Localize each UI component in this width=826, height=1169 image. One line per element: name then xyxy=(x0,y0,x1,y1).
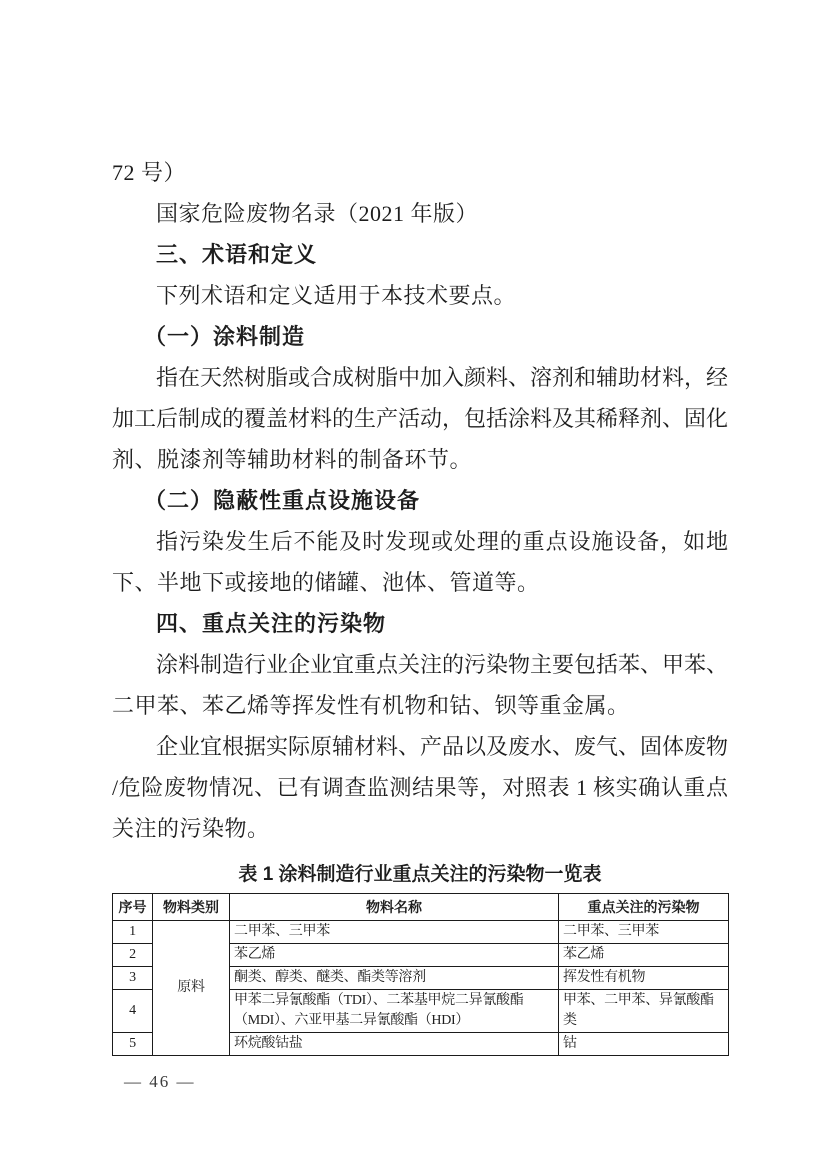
row-number: 3 xyxy=(113,967,153,990)
category-cell: 原料 xyxy=(153,921,230,1056)
row-number: 4 xyxy=(113,990,153,1033)
text-line: 关注的污染物。 xyxy=(112,808,728,849)
text-line: 指污染发生后不能及时发现或处理的重点设施设备，如地 xyxy=(112,521,728,562)
pollutant-cell: 钴 xyxy=(559,1033,729,1056)
pollutant-cell: 甲苯、二甲苯、异氰酸酯类 xyxy=(559,990,729,1033)
table-header-row: 序号 物料类别 物料名称 重点关注的污染物 xyxy=(113,894,729,921)
material-cell: 甲苯二异氰酸酯（TDI）、二苯基甲烷二异氰酸酯（MDI）、六亚甲基二异氰酸酯（H… xyxy=(230,990,559,1033)
pollutant-cell: 挥发性有机物 xyxy=(559,967,729,990)
text-line: 下列术语和定义适用于本技术要点。 xyxy=(112,275,728,316)
pollutant-cell: 苯乙烯 xyxy=(559,944,729,967)
table-row: 1 原料 二甲苯、三甲苯 二甲苯、三甲苯 xyxy=(113,921,729,944)
text-line: 指在天然树脂或合成树脂中加入颜料、溶剂和辅助材料，经 xyxy=(112,357,728,398)
material-cell: 酮类、醇类、醚类、酯类等溶剂 xyxy=(230,967,559,990)
document-page: 72 号） 国家危险废物名录（2021 年版） 三、术语和定义 下列术语和定义适… xyxy=(0,0,826,1169)
material-cell: 二甲苯、三甲苯 xyxy=(230,921,559,944)
row-number: 1 xyxy=(113,921,153,944)
section-heading: 四、重点关注的污染物 xyxy=(112,603,728,644)
row-number: 5 xyxy=(113,1033,153,1056)
material-cell: 环烷酸钴盐 xyxy=(230,1033,559,1056)
pollutant-cell: 二甲苯、三甲苯 xyxy=(559,921,729,944)
text-line: 企业宜根据实际原辅材料、产品以及废水、废气、固体废物 xyxy=(112,726,728,767)
column-header-no: 序号 xyxy=(113,894,153,921)
text-line: 剂、脱漆剂等辅助材料的制备环节。 xyxy=(112,439,728,480)
material-cell: 苯乙烯 xyxy=(230,944,559,967)
text-line: /危险废物情况、已有调查监测结果等，对照表 1 核实确认重点 xyxy=(112,767,728,808)
column-header-category: 物料类别 xyxy=(153,894,230,921)
document-body: 72 号） 国家危险废物名录（2021 年版） 三、术语和定义 下列术语和定义适… xyxy=(112,152,728,1056)
pollutants-table: 序号 物料类别 物料名称 重点关注的污染物 1 原料 二甲苯、三甲苯 二甲苯、三… xyxy=(112,893,729,1056)
column-header-pollutant: 重点关注的污染物 xyxy=(559,894,729,921)
text-line: 二甲苯、苯乙烯等挥发性有机物和钴、钡等重金属。 xyxy=(112,685,728,726)
text-line: 国家危险废物名录（2021 年版） xyxy=(112,193,728,234)
section-heading: 三、术语和定义 xyxy=(112,234,728,275)
text-line: 加工后制成的覆盖材料的生产活动，包括涂料及其稀释剂、固化 xyxy=(112,398,728,439)
table-title: 表 1 涂料制造行业重点关注的污染物一览表 xyxy=(112,862,728,888)
row-number: 2 xyxy=(113,944,153,967)
text-line: 下、半地下或接地的储罐、池体、管道等。 xyxy=(112,562,728,603)
text-line: 涂料制造行业企业宜重点关注的污染物主要包括苯、甲苯、 xyxy=(112,644,728,685)
section-heading: （二）隐蔽性重点设施设备 xyxy=(112,480,728,521)
text-line: 72 号） xyxy=(112,152,728,193)
page-number: — 46 — xyxy=(124,1072,196,1092)
column-header-material: 物料名称 xyxy=(230,894,559,921)
section-heading: （一）涂料制造 xyxy=(112,316,728,357)
